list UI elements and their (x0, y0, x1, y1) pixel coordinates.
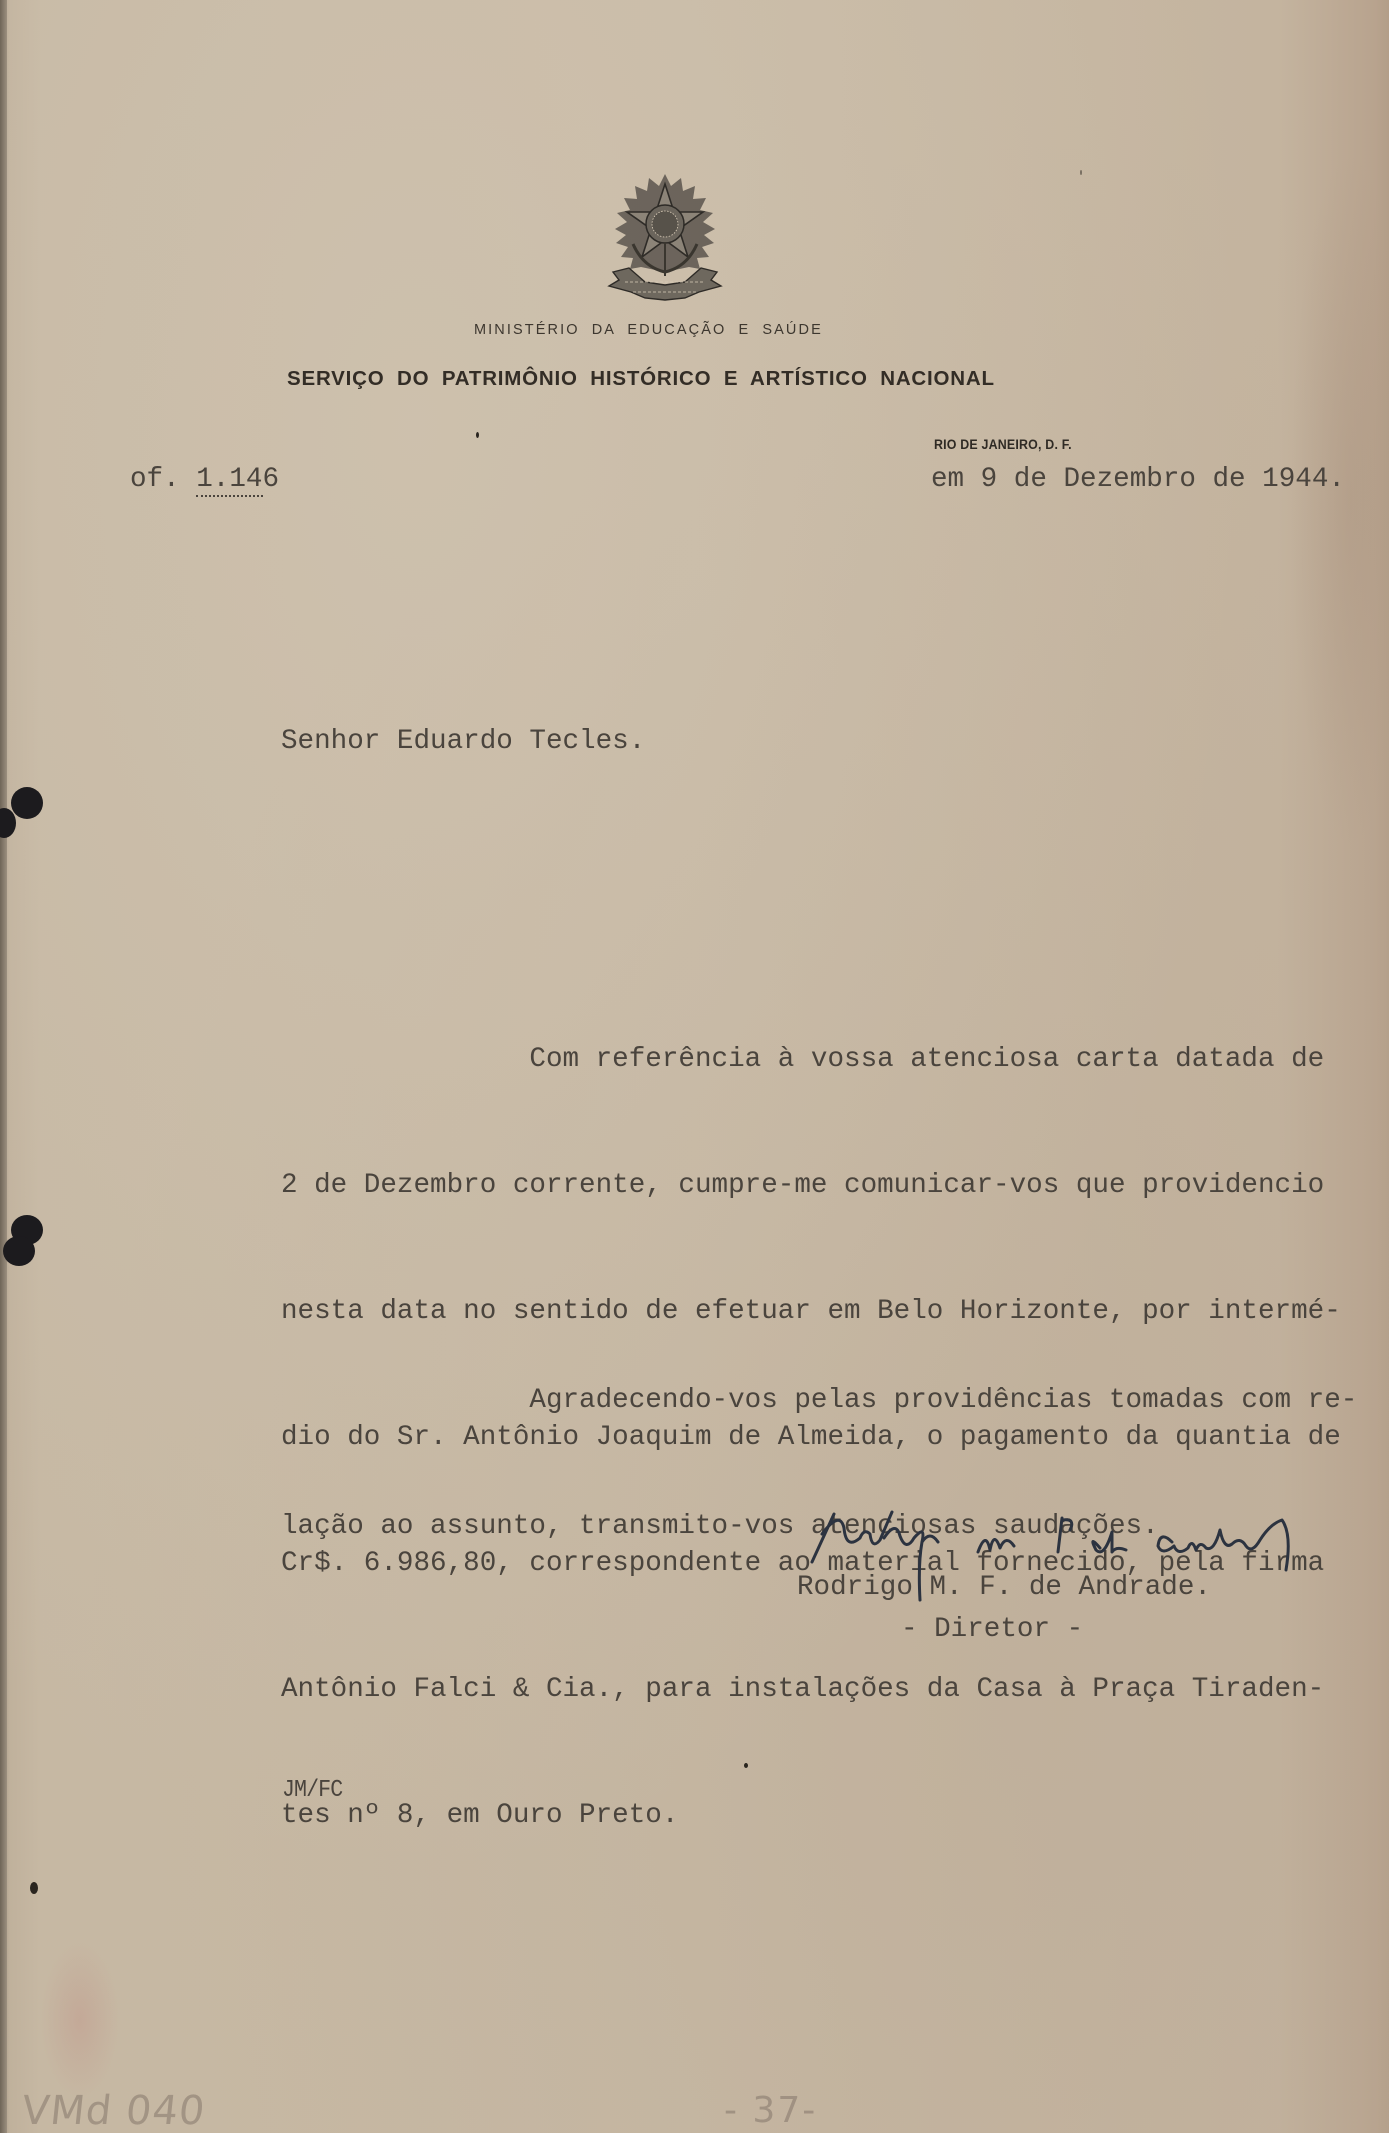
reference-prefix: of. (130, 464, 196, 495)
city-label: RIO DE JANEIRO, D. F. (934, 437, 1072, 452)
punch-hole (3, 1236, 35, 1266)
body-line: 2 de Dezembro corrente, cumpre-me comuni… (281, 1165, 1361, 1207)
punch-hole (11, 787, 43, 819)
date-line: em 9 de Dezembro de 1944. (931, 459, 1345, 501)
typist-initials: JM/FC (282, 1777, 342, 1804)
page-number: - 37- (724, 2090, 817, 2131)
reference-number-underlined: 1.14 (196, 464, 262, 497)
page-left-edge (0, 0, 7, 2133)
signatory-title: - Diretor - (901, 1609, 1083, 1651)
body-line: Antônio Falci & Cia., para instalações d… (281, 1669, 1361, 1711)
body-line: Com referência à vossa atenciosa carta d… (281, 1039, 1361, 1081)
ink-speck (476, 432, 479, 438)
salutation: Senhor Eduardo Tecles. (281, 721, 645, 763)
signatory-name: Rodrigo M. F. de Andrade. (797, 1567, 1211, 1609)
ministry-heading: MINISTÉRIO DA EDUCAÇÃO E SAÚDE (474, 322, 823, 338)
ink-speck (30, 1882, 38, 1894)
reference-number-rest: 6 (263, 464, 280, 495)
body-line: tes nº 8, em Ouro Preto. (281, 1795, 1361, 1837)
ink-speck (1080, 170, 1082, 175)
letter-page: MINISTÉRIO DA EDUCAÇÃO E SAÚDE SERVIÇO D… (0, 0, 1389, 2133)
reference-number: of. 1.146 (130, 459, 279, 501)
archive-code: VMd 040 (20, 2088, 208, 2133)
body-line: Agradecendo-vos pelas providências tomad… (281, 1380, 1361, 1422)
service-heading: SERVIÇO DO PATRIMÔNIO HISTÓRICO E ARTÍST… (287, 367, 995, 391)
coat-of-arms-icon (603, 172, 727, 304)
paper-stain (40, 1940, 120, 2100)
